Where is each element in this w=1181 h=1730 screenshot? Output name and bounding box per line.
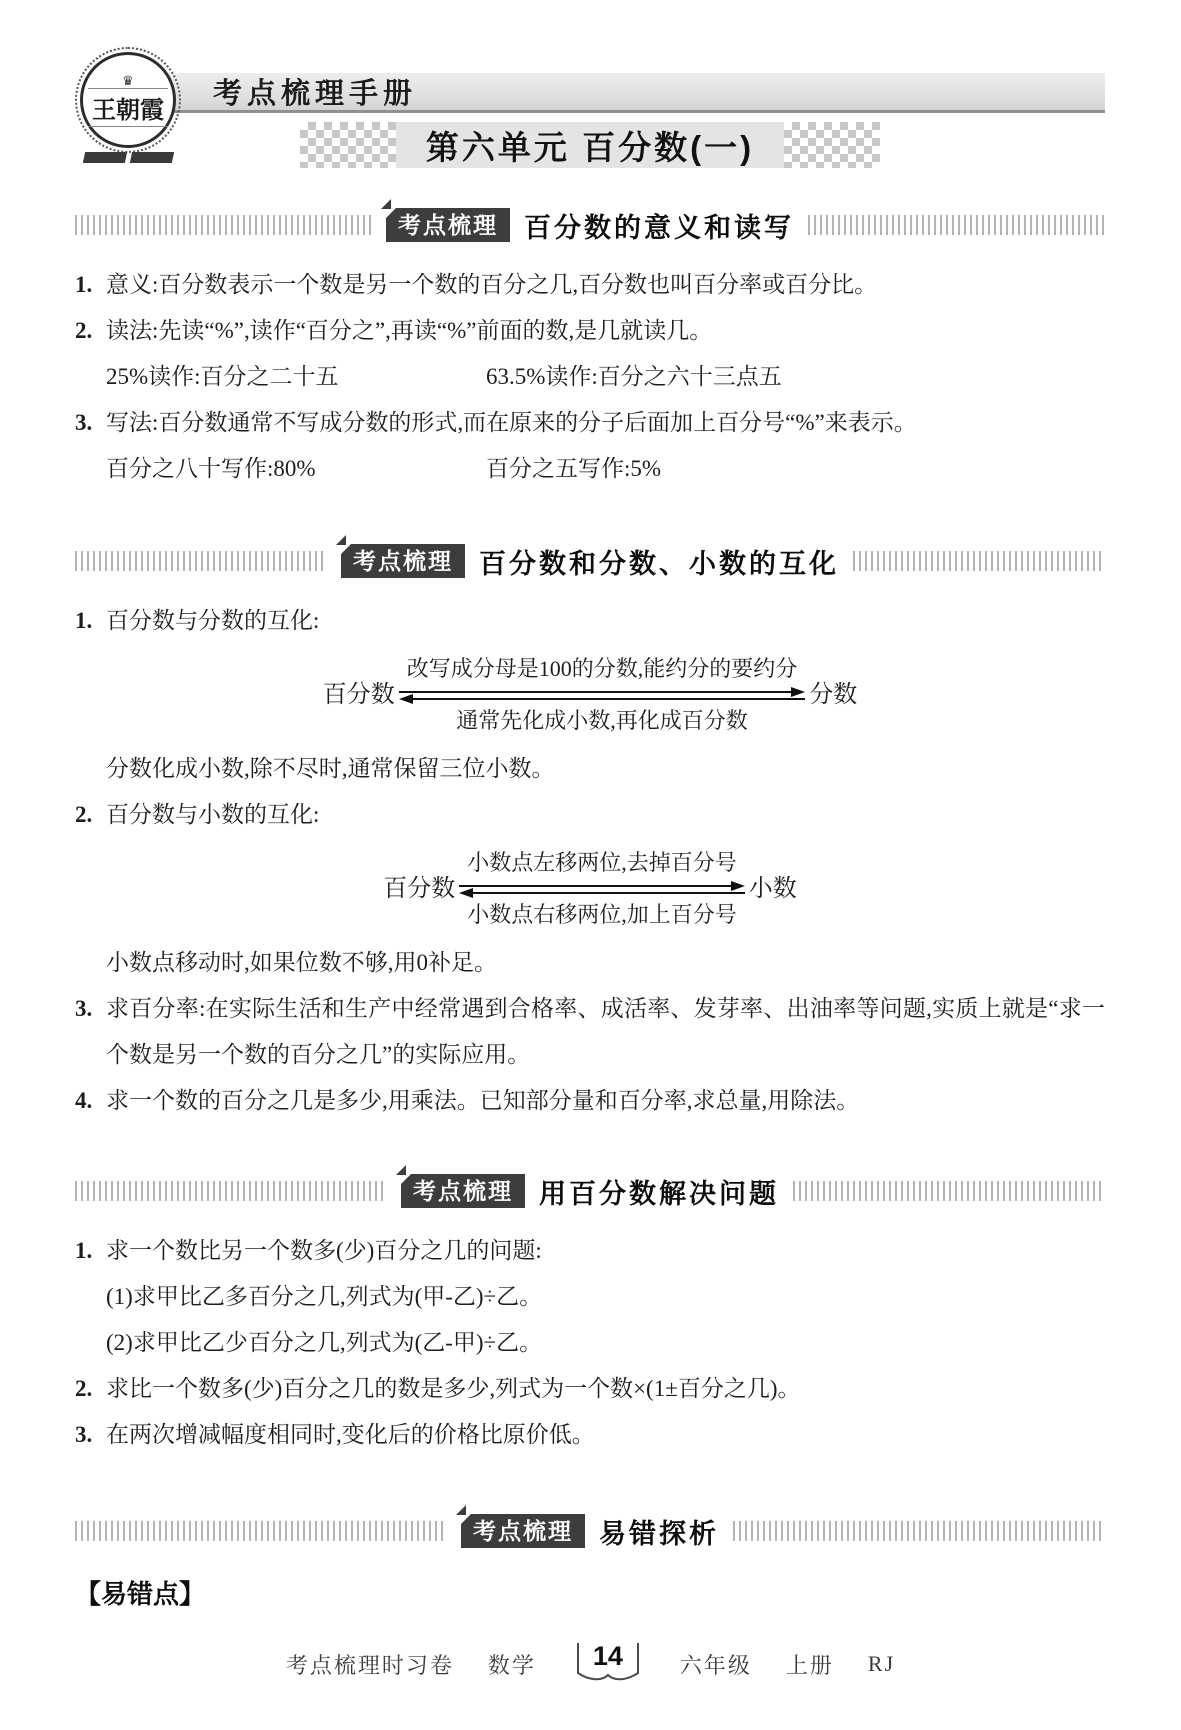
item-text: 百分数与小数的互化: — [106, 802, 319, 827]
item-text: 求百分率:在实际生活和生产中经常遇到合格率、成活率、发芽率、出油率等问题,实质上… — [106, 996, 1105, 1067]
note-line: 小数点移动时,如果位数不够,用0补足。 — [75, 940, 1105, 986]
section-header-2: 考点梳理 百分数和分数、小数的互化 — [75, 544, 1105, 578]
list-item: 2. 百分数与小数的互化: — [75, 792, 1105, 838]
percent-decimal-conversion-diagram: 百分数 小数点左移两位,去掉百分号 小数点右移两位,加上百分号 小数 — [75, 844, 1105, 934]
logo-circle: ♛ 王朝霞 — [80, 52, 176, 148]
example-left: 百分之八十写作:80% — [106, 446, 486, 492]
list-item: 3. 在两次增减幅度相同时,变化后的价格比原价低。 — [75, 1412, 1105, 1458]
diagram-bottom-text: 小数点右移两位,加上百分号 — [459, 896, 745, 934]
logo-ribbons — [72, 152, 184, 163]
item-text: 求比一个数多(少)百分之几的数是多少,列式为一个数×(1±百分之几)。 — [106, 1376, 800, 1401]
item-text: 在两次增减幅度相同时,变化后的价格比原价低。 — [106, 1422, 595, 1447]
double-arrow-icon — [399, 688, 806, 702]
example-left: 25%读作:百分之二十五 — [106, 354, 486, 400]
section-badge: 考点梳理 — [401, 1174, 525, 1208]
example-right: 百分之五写作:5% — [486, 446, 661, 492]
sub-item: (1)求甲比乙多百分之几,列式为(甲-乙)÷乙。 — [75, 1274, 1105, 1320]
item-number: 3. — [75, 400, 92, 446]
item-number: 1. — [75, 598, 92, 644]
list-item: 4. 求一个数的百分之几是多少,用乘法。已知部分量和百分率,求总量,用除法。 — [75, 1078, 1105, 1124]
item-number: 2. — [75, 308, 92, 354]
section-badge: 考点梳理 — [386, 208, 510, 242]
page-number: 14 — [570, 1641, 646, 1672]
diagram-top-text: 小数点左移两位,去掉百分号 — [459, 844, 745, 882]
section-header-3: 考点梳理 用百分数解决问题 — [75, 1174, 1105, 1208]
example-row: 25%读作:百分之二十五 63.5%读作:百分之六十三点五 — [75, 354, 1105, 400]
decorative-bars-right — [808, 215, 1105, 235]
decorative-bars-left — [75, 551, 327, 571]
list-item: 2. 读法:先读“%”,读作“百分之”,再读“%”前面的数,是几就读几。 — [75, 308, 1105, 354]
footer-volume: 上册 — [786, 1649, 834, 1680]
diagram-top-text: 改写成分母是100的分数,能约分的要约分 — [399, 650, 806, 688]
list-item: 1. 意义:百分数表示一个数是另一个数的百分之几,百分数也叫百分率或百分比。 — [75, 262, 1105, 308]
item-number: 3. — [75, 986, 92, 1032]
handbook-title: 考点梳理手册 — [213, 71, 417, 112]
crown-icon: ♛ — [122, 74, 134, 88]
list-item: 1. 求一个数比另一个数多(少)百分之几的问题: — [75, 1228, 1105, 1274]
diagram-middle: 改写成分母是100的分数,能约分的要约分 通常先化成小数,再化成百分数 — [399, 650, 806, 740]
unit-title-row: 第六单元 百分数(一) — [75, 122, 1105, 168]
example-row: 百分之八十写作:80% 百分之五写作:5% — [75, 446, 1105, 492]
percent-fraction-conversion-diagram: 百分数 改写成分母是100的分数,能约分的要约分 通常先化成小数,再化成百分数 … — [75, 650, 1105, 740]
example-right: 63.5%读作:百分之六十三点五 — [486, 354, 782, 400]
page-number-book-icon: 14 — [570, 1640, 646, 1688]
decorative-bars-right — [853, 551, 1105, 571]
item-text: 求一个数比另一个数多(少)百分之几的问题: — [106, 1238, 542, 1263]
section-header-1: 考点梳理 百分数的意义和读写 — [75, 208, 1105, 242]
section-body-1: 1. 意义:百分数表示一个数是另一个数的百分之几,百分数也叫百分率或百分比。 2… — [75, 262, 1105, 492]
item-number: 2. — [75, 792, 92, 838]
error-point-label: 【易错点】 — [75, 1574, 1105, 1611]
section-badge: 考点梳理 — [461, 1514, 585, 1548]
diagram-right-label: 小数 — [745, 866, 801, 912]
list-item: 3. 写法:百分数通常不写成分数的形式,而在原来的分子后面加上百分号“%”来表示… — [75, 400, 1105, 446]
item-number: 1. — [75, 262, 92, 308]
double-arrow-icon — [459, 882, 745, 896]
decorative-bars-right — [733, 1521, 1105, 1541]
section-header-4: 考点梳理 易错探析 — [75, 1514, 1105, 1548]
item-text: 求一个数的百分之几是多少,用乘法。已知部分量和百分率,求总量,用除法。 — [106, 1088, 859, 1113]
page-footer: 考点梳理时习卷 数学 14 六年级 上册 RJ — [0, 1640, 1181, 1688]
workbook-page: 考点梳理手册 ♛ 王朝霞 第六单元 百分数(一) 考点梳理 百分数的意义和读写 … — [0, 0, 1181, 1730]
item-number: 3. — [75, 1412, 92, 1458]
section-body-2: 1. 百分数与分数的互化: 百分数 改写成分母是100的分数,能约分的要约分 通… — [75, 598, 1105, 1124]
decorative-bars-left — [75, 1521, 447, 1541]
item-text: 百分数与分数的互化: — [106, 608, 319, 633]
item-text: 写法:百分数通常不写成分数的形式,而在原来的分子后面加上百分号“%”来表示。 — [106, 410, 917, 435]
item-number: 4. — [75, 1078, 92, 1124]
item-number: 2. — [75, 1366, 92, 1412]
publisher-logo: ♛ 王朝霞 — [72, 52, 184, 163]
item-text: 意义:百分数表示一个数是另一个数的百分之几,百分数也叫百分率或百分比。 — [106, 272, 877, 297]
section-title: 用百分数解决问题 — [539, 1172, 779, 1211]
list-item: 3. 求百分率:在实际生活和生产中经常遇到合格率、成活率、发芽率、出油率等问题,… — [75, 986, 1105, 1078]
diagram-bottom-text: 通常先化成小数,再化成百分数 — [448, 702, 756, 740]
list-item: 2. 求比一个数多(少)百分之几的数是多少,列式为一个数×(1±百分之几)。 — [75, 1366, 1105, 1412]
item-text: 读法:先读“%”,读作“百分之”,再读“%”前面的数,是几就读几。 — [106, 318, 712, 343]
header-bar: 考点梳理手册 — [95, 73, 1105, 113]
sub-item: (2)求甲比乙少百分之几,列式为(乙-甲)÷乙。 — [75, 1320, 1105, 1366]
footer-subject: 数学 — [488, 1649, 536, 1680]
page-content: 第六单元 百分数(一) 考点梳理 百分数的意义和读写 1. 意义:百分数表示一个… — [75, 122, 1105, 1611]
footer-series: 考点梳理时习卷 — [286, 1649, 454, 1680]
decorative-bars-left — [75, 1181, 387, 1201]
checker-pattern-right — [784, 122, 880, 168]
section-title: 易错探析 — [599, 1512, 719, 1551]
diagram-middle: 小数点左移两位,去掉百分号 小数点右移两位,加上百分号 — [459, 844, 745, 934]
section-title: 百分数和分数、小数的互化 — [479, 542, 839, 581]
section-title: 百分数的意义和读写 — [524, 206, 794, 245]
section-badge: 考点梳理 — [341, 544, 465, 578]
note-line: 分数化成小数,除不尽时,通常保留三位小数。 — [75, 746, 1105, 792]
item-number: 1. — [75, 1228, 92, 1274]
diagram-left-label: 百分数 — [319, 672, 399, 718]
logo-name: 王朝霞 — [88, 88, 168, 127]
footer-grade: 六年级 — [680, 1649, 752, 1680]
decorative-bars-left — [75, 215, 372, 235]
section-body-3: 1. 求一个数比另一个数多(少)百分之几的问题: (1)求甲比乙多百分之几,列式… — [75, 1228, 1105, 1458]
diagram-right-label: 分数 — [805, 672, 861, 718]
list-item: 1. 百分数与分数的互化: — [75, 598, 1105, 644]
unit-title: 第六单元 百分数(一) — [396, 122, 784, 168]
checker-pattern-left — [300, 122, 396, 168]
footer-edition: RJ — [868, 1651, 895, 1677]
diagram-left-label: 百分数 — [379, 866, 459, 912]
decorative-bars-right — [793, 1181, 1105, 1201]
